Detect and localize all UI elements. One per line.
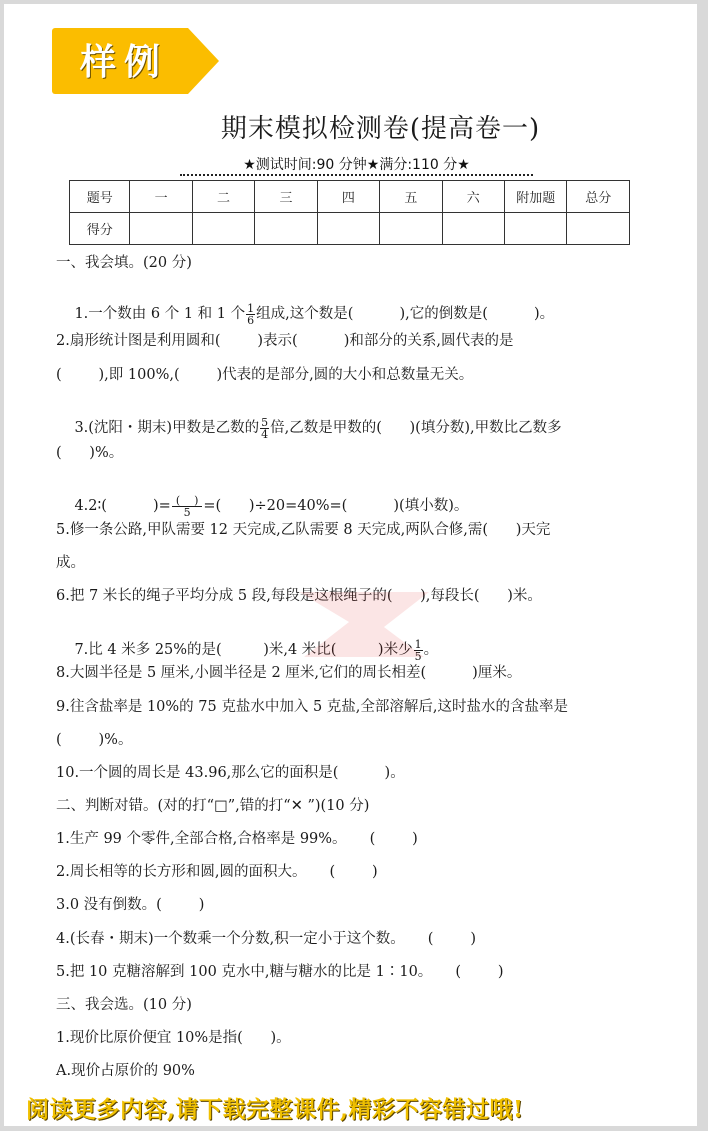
q-text: 组成,这个数是( ),它的倒数是( )。 — [256, 306, 554, 322]
fraction: 54 — [260, 417, 269, 440]
q-text: =( )÷20=40%=( )(填小数)。 — [203, 498, 468, 514]
header-cell: 三 — [255, 181, 317, 213]
section-2-heading: 二、判断对错。(对的打“□”,错的打“✕ ”)(10 分) — [56, 794, 369, 815]
q-text: 3.(沈阳・期末)甲数是乙数的 — [74, 420, 259, 436]
fraction-denominator: 5 — [172, 507, 203, 518]
page-title: 期末模拟检测卷(提高卷一) — [4, 108, 708, 145]
fraction-denominator: 4 — [260, 429, 269, 440]
score-cell — [567, 213, 630, 245]
header-cell: 附加题 — [505, 181, 567, 213]
score-cell — [505, 213, 567, 245]
score-table-score-row: 得分 — [70, 213, 630, 245]
q-text: 4.2∶( )= — [74, 498, 170, 514]
header-cell: 一 — [130, 181, 192, 213]
score-table: 题号 一 二 三 四 五 六 附加题 总分 得分 — [69, 180, 630, 245]
header-cell: 六 — [442, 181, 504, 213]
q-text: 倍,乙数是甲数的( )(填分数),甲数比乙数多 — [270, 420, 562, 436]
subtitle-bar: ★测试时间:90 分钟★满分:110 分★ — [180, 153, 533, 176]
watermark-logo-icon — [289, 582, 439, 662]
judge-item-2: 2.周长相等的长方形和圆,圆的面积大。 ( ) — [56, 860, 378, 881]
header-cell: 总分 — [567, 181, 630, 213]
choice-option-a: A.现价占原价的 90% — [56, 1059, 195, 1080]
question-1-2-line1: 2.扇形统计图是利用圆和( )表示( )和部分的关系,圆代表的是 — [56, 329, 514, 350]
header-cell: 二 — [192, 181, 254, 213]
question-1-2-line2: ( ),即 100%,( )代表的是部分,圆的大小和总数量无关。 — [56, 363, 473, 384]
question-1-9-line1: 9.往含盐率是 10%的 75 克盐水中加入 5 克盐,全部溶解后,这时盐水的含… — [56, 695, 568, 716]
exam-info: ★测试时间:90 分钟★满分:110 分★ — [243, 157, 470, 173]
header-cell: 四 — [317, 181, 379, 213]
question-1-10: 10.一个圆的周长是 43.96,那么它的面积是( )。 — [56, 761, 405, 782]
header-cell: 题号 — [70, 181, 130, 213]
section-3-heading: 三、我会选。(10 分) — [56, 993, 192, 1014]
fraction-denominator: 6 — [246, 315, 255, 326]
section-1-heading: 一、我会填。(20 分) — [56, 251, 192, 272]
score-cell — [255, 213, 317, 245]
fraction-numerator: ( ) — [172, 495, 203, 507]
download-promo-banner[interactable]: 阅读更多内容,请下载完整课件,精彩不容错过哦! — [26, 1091, 696, 1124]
fraction: ( )5 — [172, 495, 203, 518]
q-text: 1.一个数由 6 个 1 和 1 个 — [74, 306, 245, 322]
score-cell — [192, 213, 254, 245]
score-table-header-row: 题号 一 二 三 四 五 六 附加题 总分 — [70, 181, 630, 213]
score-cell — [442, 213, 504, 245]
question-1-3: 3.(沈阳・期末)甲数是乙数的54倍,乙数是甲数的( )(填分数),甲数比乙数多 — [56, 400, 562, 456]
sample-badge-label: 样例 — [80, 34, 168, 85]
score-cell — [317, 213, 379, 245]
score-cell — [380, 213, 442, 245]
header-cell: 五 — [380, 181, 442, 213]
fraction-numerator: 5 — [260, 417, 269, 429]
question-1-5-line2: 成。 — [56, 551, 85, 572]
question-1-8: 8.大圆半径是 5 厘米,小圆半径是 2 厘米,它们的周长相差( )厘米。 — [56, 661, 521, 682]
question-1-5-line1: 5.修一条公路,甲队需要 12 天完成,乙队需要 8 天完成,两队合修,需( )… — [56, 518, 550, 539]
document-page: 样例 期末模拟检测卷(提高卷一) ★测试时间:90 分钟★满分:110 分★ 题… — [4, 4, 697, 1126]
judge-item-1: 1.生产 99 个零件,全部合格,合格率是 99%。 ( ) — [56, 827, 418, 848]
judge-item-4: 4.(长春・期末)一个数乘一个分数,积一定小于这个数。 ( ) — [56, 927, 476, 948]
score-cell — [130, 213, 192, 245]
score-row-label: 得分 — [70, 213, 130, 245]
choice-question-1: 1.现价比原价便宜 10%是指( )。 — [56, 1026, 291, 1047]
judge-item-3: 3.0 没有倒数。( ) — [56, 893, 204, 914]
fraction: 16 — [246, 303, 255, 326]
judge-item-5: 5.把 10 克糖溶解到 100 克水中,糖与糖水的比是 1∶10。 ( ) — [56, 960, 504, 981]
fraction-numerator: 1 — [246, 303, 255, 315]
question-1-3-line2: ( )%。 — [56, 441, 123, 462]
question-1-9-line2: ( )%。 — [56, 728, 132, 749]
